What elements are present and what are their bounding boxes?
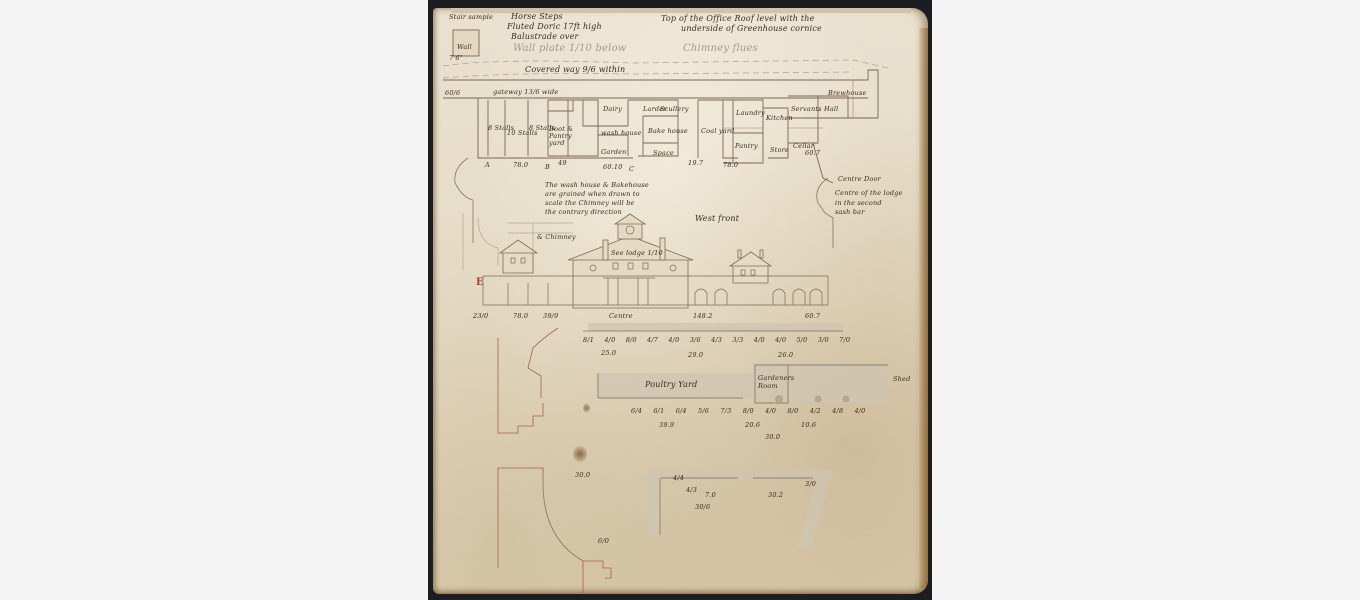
bottom-dim-206: 20.6 [745, 420, 760, 430]
bottom-dim-399: 39.9 [659, 420, 674, 430]
pencil-note-2: Chimney flues [683, 44, 758, 54]
lower-plan-dim-4: 30/6 [695, 502, 710, 512]
header-note-1: Horse Steps [511, 12, 563, 22]
room-garden: Garden [601, 147, 627, 157]
dim: 4/0 [775, 336, 786, 344]
centre-lodge-1: Centre of the lodge [835, 188, 903, 198]
room-brewhouse: Brewhouse [828, 88, 867, 98]
elev-dim-2: 78.0 [513, 311, 528, 321]
room-laundry: Laundry [736, 108, 765, 118]
dim: 8/0 [743, 407, 754, 415]
manuscript-page: Stair sample Wall 7'6" Horse Steps Flute… [433, 8, 928, 594]
dim: 6/4 [631, 407, 642, 415]
ink-blot [583, 403, 590, 413]
lower-plan-dim-5: 30.2 [768, 490, 783, 500]
lower-dim-29: 29.0 [688, 350, 703, 360]
dim: 3/3 [732, 336, 743, 344]
lower-dims-row1: 8/1 4/0 8/0 4/7 4/0 3/6 4/3 3/3 4/0 4/0 … [583, 335, 850, 345]
dim: 8/0 [626, 336, 637, 344]
elev-dim-4: Centre [609, 311, 633, 321]
header-note-3: Balustrade over [511, 32, 579, 42]
pencil-note-1: Wall plate 1/10 below [513, 44, 627, 54]
gardeners-room-label: Gardeners Room [758, 374, 786, 390]
room-coal-yard: Coal yard [701, 126, 735, 136]
lower-plan-dim-2: 4/3 [686, 485, 697, 495]
room-boot-pantry: Boot & Pantry yard [549, 126, 581, 147]
plan-dim-b: B [545, 162, 550, 172]
dim: 4/0 [668, 336, 679, 344]
room-pantry: Pantry [735, 141, 758, 151]
room-servants: Servants Hall [791, 104, 838, 114]
stair-dim: 7'6" [449, 53, 463, 63]
room-dairy: Dairy [603, 104, 622, 114]
room-scullery: Scullery [660, 104, 689, 114]
bottom-dim-106: 10.6 [801, 420, 816, 430]
room-store: Store [770, 145, 789, 155]
left-dim: 60/6 [445, 88, 460, 98]
elev-dim-5: 148.2 [693, 311, 713, 321]
header-note-2: Fluted Doric 17ft high [507, 22, 602, 32]
bottom-dims-row: 6/4 6/1 6/4 5/6 7/3 8/0 4/0 8/0 4/2 4/8 … [631, 406, 866, 416]
elev-dim-6: 60.7 [805, 311, 820, 321]
dim: 6/4 [676, 407, 687, 415]
dim: 4/7 [647, 336, 658, 344]
room-wash-house: wash house [601, 128, 642, 138]
ink-stain [573, 446, 587, 462]
plan-dim-78: 78.0 [513, 160, 528, 170]
plan-dim-780: 78.0 [723, 160, 738, 170]
wash-note-line-4: the contrary direction [545, 207, 622, 217]
elevation-marker: E [476, 278, 484, 288]
chimney-label: & Chimney [537, 232, 576, 242]
lower-plan-dim-1: 4/4 [673, 473, 684, 483]
gateway-label: gateway 13/6 wide [493, 87, 558, 97]
dim: 3/0 [818, 336, 829, 344]
dim: 3/6 [690, 336, 701, 344]
dim: 5/0 [796, 336, 807, 344]
room-bake-house: Bake house [648, 126, 688, 136]
plan-dim-197: 19.7 [688, 158, 703, 168]
dim: 7/3 [720, 407, 731, 415]
dim: 8/1 [583, 336, 594, 344]
room-kitchen: Kitchen [766, 113, 793, 123]
lower-plan-dim-3: 7.0 [705, 490, 716, 500]
dim: 4/0 [765, 407, 776, 415]
elev-dim-1: 23/0 [473, 311, 488, 321]
shed-label: Shed [893, 374, 910, 384]
west-front-label: West front [695, 214, 739, 224]
stair-sample-label: Stair sample [449, 12, 493, 22]
bottom-left-dim-2: 6/0 [598, 536, 609, 546]
dim: 4/0 [604, 336, 615, 344]
stair-box-inner: Wall [457, 42, 472, 52]
plan-dim-49: 49 [558, 158, 567, 168]
elev-dim-3: 39/9 [543, 311, 558, 321]
dim: 4/0 [854, 407, 865, 415]
plan-dim-a: A [485, 160, 490, 170]
lower-dim-25: 25.0 [601, 348, 616, 358]
roof-note-2: underside of Greenhouse cornice [681, 24, 822, 34]
dim: 4/3 [711, 336, 722, 344]
bottom-left-dim-1: 30.0 [575, 470, 590, 480]
dim: 5/6 [698, 407, 709, 415]
centre-lodge-3: sash bar [835, 207, 865, 217]
centre-door-label: Centre Door [838, 174, 881, 184]
bottom-dim-300: 30.0 [765, 432, 780, 442]
poultry-yard-label: Poultry Yard [645, 380, 697, 390]
room-space: Space [653, 148, 674, 158]
see-lodge-label: See lodge 1/10 [611, 248, 663, 258]
dim: 7/0 [839, 336, 850, 344]
lower-plan-dim-6: 3/0 [805, 479, 816, 489]
dim: 4/8 [832, 407, 843, 415]
plan-dim-607: 60.7 [805, 148, 820, 158]
lower-dim-26: 26.0 [778, 350, 793, 360]
plan-dim-6010: 60.10 [603, 162, 623, 172]
dim: 8/0 [787, 407, 798, 415]
plan-dim-c: C [629, 164, 634, 174]
dim: 4/0 [754, 336, 765, 344]
dim: 4/2 [810, 407, 821, 415]
covered-way-label: Covered way 9/6 within [525, 65, 625, 75]
roof-note-1: Top of the Office Roof level with the [661, 14, 815, 24]
dim: 6/1 [653, 407, 664, 415]
